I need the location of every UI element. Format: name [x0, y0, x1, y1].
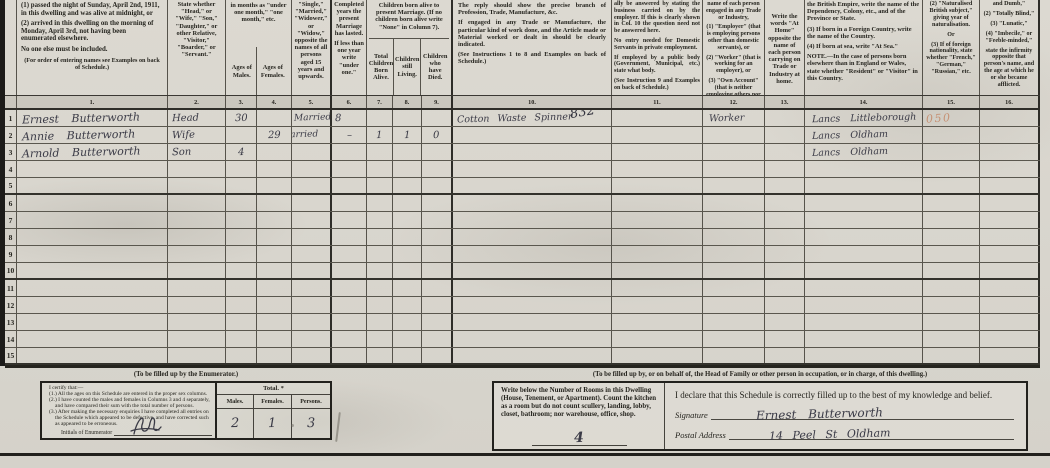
- cell-c3: [226, 178, 257, 193]
- cell-c2: Head: [168, 110, 226, 126]
- cell-c15: [923, 195, 980, 211]
- header-text: "Single," "Married," "Widower," or "Wido…: [294, 1, 328, 80]
- row-number: 1: [5, 110, 17, 126]
- signature-line: Ernest Butterworth: [711, 409, 1014, 420]
- cell-c4: [257, 348, 292, 363]
- cell-c15: [923, 314, 980, 330]
- header-text: (See Instruction 9 and Examples on back …: [614, 78, 700, 92]
- cell-c16: [980, 331, 1040, 347]
- cell-c3: 4: [226, 144, 257, 160]
- table-row: 5: [5, 178, 1040, 195]
- totals-males-header: Males.: [217, 395, 254, 408]
- cell-c16: [980, 195, 1040, 211]
- cell-c1: [17, 178, 168, 193]
- cell-c1: [17, 314, 168, 330]
- declaration-section-heading: (To be filled up by, or on behalf of, th…: [492, 371, 1028, 378]
- cell-c14: Lancs Littleborough: [805, 110, 923, 126]
- cell-c14: [805, 195, 923, 211]
- cell-c16: [980, 161, 1040, 177]
- cell-c8: [393, 178, 422, 193]
- address-handwriting: 14 Peel St Oldham: [769, 426, 891, 442]
- cell-c9: [422, 229, 453, 245]
- cell-c1: [17, 297, 168, 313]
- cell-c6: [332, 314, 367, 330]
- cell-c3: 30: [226, 110, 257, 126]
- stray-pen-mark: [335, 412, 341, 442]
- cell-c13: [765, 297, 805, 313]
- cell-c10: [453, 161, 612, 177]
- cell-c7: 1: [367, 127, 393, 143]
- header-text: (For order of entering names see Example…: [21, 57, 163, 72]
- header-text: NOTE.—In the case of persons born elsewh…: [807, 53, 920, 82]
- row-number: 9: [5, 246, 17, 262]
- cell-c11: [612, 212, 703, 228]
- cell-c1: [17, 348, 168, 363]
- cell-c8: [393, 348, 422, 363]
- cell-c14: [805, 297, 923, 313]
- cell-c9: [422, 212, 453, 228]
- table-header: (1) passed the night of Sunday, April 2n…: [5, 0, 1040, 96]
- cell-c6: [332, 331, 367, 347]
- cell-c9: [422, 348, 453, 363]
- cell-c9: [422, 280, 453, 296]
- header-text: (3) If of foreign nationality, state whe…: [925, 42, 977, 77]
- cell-c16: [980, 348, 1040, 363]
- cell-c7: [367, 229, 393, 245]
- header-col9-children-died: Children who have Died.: [421, 39, 449, 95]
- table-row: 11: [5, 280, 1040, 297]
- cell-c15: [923, 280, 980, 296]
- row-number: 12: [5, 297, 17, 313]
- cell-c7: [367, 195, 393, 211]
- cell-c1: [17, 246, 168, 262]
- cell-c5: [292, 348, 332, 363]
- certify-item-2: (2.) I have counted the males and female…: [47, 397, 212, 409]
- cell-c5: Married: [292, 127, 332, 143]
- cell-c4: [257, 212, 292, 228]
- handwriting-name: Annie Butterworth: [17, 127, 135, 143]
- handwriting-birthplace: Lancs Oldham: [805, 128, 888, 141]
- header-text: Completed years the present Marriage has…: [334, 1, 364, 37]
- cell-c4: [257, 297, 292, 313]
- colnum-11: 11.: [612, 96, 703, 108]
- occupation-code-annotation: 832: [569, 110, 596, 122]
- handwriting-birthplace: Lancs Oldham: [805, 145, 888, 158]
- stray-ink-dot: [291, 424, 294, 427]
- cell-c7: [367, 246, 393, 262]
- header-text: (4) If born at sea, write "At Sea.": [807, 43, 920, 50]
- cell-c9: [422, 110, 453, 126]
- cell-c12: [703, 331, 765, 347]
- totals-table: Total. * Males. Females. Persons. 2 1 3: [215, 383, 330, 438]
- cell-c9: [422, 246, 453, 262]
- cell-c10: [453, 178, 612, 193]
- header-col3-4-ages: in months as "under one month," "one mon…: [226, 0, 292, 95]
- handwriting-am: 30: [234, 112, 247, 123]
- header-col4-ages-females: Ages of Females.: [257, 47, 289, 95]
- cell-c10: [453, 297, 612, 313]
- header-text: (1) passed the night of Sunday, April 2n…: [21, 2, 163, 17]
- cell-c4: [257, 229, 292, 245]
- cell-c10: [453, 348, 612, 363]
- handwriting-name: Arnold Butterworth: [17, 144, 141, 160]
- cell-c6: [332, 161, 367, 177]
- header-col16-infirmity: and Dumb," (2) "Totally Blind," (3) "Lun…: [980, 0, 1040, 95]
- cell-c15: [923, 178, 980, 193]
- handwriting-relation: Son: [168, 146, 191, 158]
- totals-persons-value: 3: [307, 416, 316, 431]
- cell-c1: [17, 280, 168, 296]
- header-text: in months as "under one month," "one mon…: [228, 1, 289, 47]
- header-text: If engaged in any Trade or Manufacture, …: [458, 19, 606, 48]
- table-row: 1Ernest ButterworthHead30Married8Cotton …: [5, 110, 1040, 127]
- handwriting-name: Ernest Butterworth: [17, 110, 140, 126]
- table-row: 6: [5, 195, 1040, 212]
- cell-c15: [923, 212, 980, 228]
- header-col2-relationship: State whether "Head," or "Wife," "Son," …: [168, 0, 226, 95]
- cell-c6: [332, 297, 367, 313]
- totals-females-header: Females.: [254, 395, 292, 408]
- cell-c1: Arnold Butterworth: [17, 144, 168, 160]
- cell-c4: [257, 280, 292, 296]
- cell-c5: [292, 280, 332, 296]
- cell-c6: 8: [332, 110, 367, 126]
- cell-c9: [422, 331, 453, 347]
- colnum-3: 3.: [226, 96, 257, 108]
- cell-c11: [612, 297, 703, 313]
- handwriting-born: 1: [376, 129, 383, 140]
- cell-c8: 1: [393, 127, 422, 143]
- cell-c2: [168, 348, 226, 363]
- table-row: 7: [5, 212, 1040, 229]
- table-row: 13: [5, 314, 1040, 331]
- cell-c4: [257, 195, 292, 211]
- cell-c1: Annie Butterworth: [17, 127, 168, 143]
- cell-c16: [980, 110, 1040, 126]
- cell-c9: [422, 178, 453, 193]
- cell-c1: [17, 229, 168, 245]
- header-col5-marital: "Single," "Married," "Widower," or "Wido…: [292, 0, 332, 95]
- handwriting-living: 1: [404, 129, 411, 140]
- header-col14-birthplace: the British Empire, write the name of th…: [805, 0, 923, 95]
- cell-c7: [367, 314, 393, 330]
- cell-c16: [980, 314, 1040, 330]
- cell-c2: [168, 229, 226, 245]
- cell-c11: [612, 127, 703, 143]
- cell-c12: [703, 297, 765, 313]
- enumerator-box: I certify that:— (1.) All the ages on th…: [40, 381, 332, 440]
- colnum-10: 10.: [453, 96, 612, 108]
- handwriting-marital: Married: [292, 129, 318, 140]
- totals-title: Total. *: [217, 383, 330, 395]
- cell-c7: [367, 161, 393, 177]
- cell-c6: –: [332, 127, 367, 143]
- cell-c5: [292, 195, 332, 211]
- cell-c1: [17, 331, 168, 347]
- cell-c3: [226, 195, 257, 211]
- cell-c15: [923, 144, 980, 160]
- cell-c15: [923, 348, 980, 363]
- table-row: 4: [5, 161, 1040, 178]
- address-line: 14 Peel St Oldham: [729, 429, 1014, 440]
- cell-c10: [453, 229, 612, 245]
- cell-c4: [257, 246, 292, 262]
- bottom-page-fold-line: [0, 453, 1050, 456]
- cell-c11: [612, 229, 703, 245]
- cell-c2: [168, 246, 226, 262]
- cell-c7: [367, 263, 393, 278]
- cell-c12: [703, 314, 765, 330]
- cell-c13: [765, 280, 805, 296]
- cell-c13: [765, 263, 805, 278]
- cell-c3: [226, 280, 257, 296]
- colnum-13: 13.: [765, 96, 805, 108]
- cell-c15: [923, 127, 980, 143]
- header-text: No one else must be included.: [21, 46, 163, 54]
- cell-c2: [168, 280, 226, 296]
- column-number-row: 1. 2. 3. 4. 5. 6. 7. 8. 9. 10. 11. 12. 1…: [5, 96, 1040, 110]
- table-row: 2Annie ButterworthWife29Married–110Lancs…: [5, 127, 1040, 144]
- header-text: If employed by a public body (Government…: [614, 55, 700, 75]
- cell-c13: [765, 314, 805, 330]
- header-text: ally be answered by stating the business…: [614, 1, 700, 35]
- cell-c2: Son: [168, 144, 226, 160]
- header-text: name of each person engaged in any Trade…: [705, 1, 762, 21]
- header-col3-ages-males: Ages of Males.: [228, 47, 257, 95]
- cell-c2: [168, 212, 226, 228]
- cell-c4: 29: [257, 127, 292, 143]
- cell-c14: [805, 212, 923, 228]
- address-row: Postal Address 14 Peel St Oldham: [675, 429, 1014, 440]
- cell-c16: [980, 297, 1040, 313]
- colnum-7: 7.: [367, 96, 393, 108]
- colnum-12: 12.: [703, 96, 765, 108]
- cell-c5: Married: [292, 110, 332, 126]
- header-text: (3) "Lunatic,": [982, 21, 1036, 28]
- cell-c9: [422, 297, 453, 313]
- cell-c3: [226, 331, 257, 347]
- cell-c5: [292, 263, 332, 278]
- cell-c3: [226, 127, 257, 143]
- totals-females-value: 1: [268, 416, 277, 431]
- cell-c16: [980, 127, 1040, 143]
- cell-c11: [612, 110, 703, 126]
- address-label: Postal Address: [675, 430, 726, 440]
- cell-c14: [805, 280, 923, 296]
- cell-c16: [980, 178, 1040, 193]
- header-col13-at-home: Write the words "At Home" opposite the n…: [765, 0, 805, 95]
- enumerator-section-heading: (To be filled up by the Enumerator.): [40, 371, 332, 378]
- cell-c1: [17, 263, 168, 278]
- handwriting-occupation: Cotton Waste Spinner: [453, 111, 573, 125]
- cell-c3: [226, 348, 257, 363]
- header-text: Write the words "At Home" opposite the n…: [767, 13, 802, 85]
- cell-c13: [765, 110, 805, 126]
- cell-c10: [453, 195, 612, 211]
- row-number: 5: [5, 178, 17, 193]
- cell-c10: [453, 280, 612, 296]
- stamp-050: 050: [923, 111, 952, 126]
- totals-males-value: 2: [231, 416, 240, 431]
- row-number: 15: [5, 348, 17, 363]
- cell-c12: [703, 195, 765, 211]
- cell-c12: [703, 246, 765, 262]
- header-col12-employment-status: name of each person engaged in any Trade…: [703, 0, 765, 95]
- cell-c14: [805, 314, 923, 330]
- cell-c12: [703, 161, 765, 177]
- cell-c13: [765, 178, 805, 193]
- cell-c12: [703, 263, 765, 278]
- header-col7-9-children: Children born alive to present Marriage.…: [367, 0, 453, 95]
- cell-c11: [612, 195, 703, 211]
- handwriting-relation: Wife: [168, 129, 195, 141]
- rooms-instructions: Write below the Number of Rooms in this …: [501, 387, 657, 419]
- row-number: 7: [5, 212, 17, 228]
- cell-c11: [612, 144, 703, 160]
- cell-c14: [805, 161, 923, 177]
- cell-c4: [257, 110, 292, 126]
- cell-c9: [422, 263, 453, 278]
- cell-c1: [17, 212, 168, 228]
- cell-c12: [703, 144, 765, 160]
- header-text: and Dumb,": [982, 1, 1036, 8]
- census-table: (1) passed the night of Sunday, April 2n…: [5, 0, 1040, 368]
- colnum-15: 15.: [923, 96, 980, 108]
- cell-c7: [367, 110, 393, 126]
- cell-c3: [226, 263, 257, 278]
- cell-c5: [292, 212, 332, 228]
- cell-c11: [612, 246, 703, 262]
- header-col8-children-living: Children still Living.: [394, 39, 421, 95]
- signature-row: Signature Ernest Butterworth: [675, 409, 1014, 420]
- cell-c7: [367, 331, 393, 347]
- handwriting-birthplace: Lancs Littleborough: [805, 111, 916, 125]
- cell-c5: [292, 178, 332, 193]
- signature-label: Signature: [675, 410, 708, 420]
- header-col10-occupation: The reply should show the precise branch…: [453, 0, 612, 95]
- totals-persons-header: Persons.: [292, 395, 330, 408]
- cell-c3: [226, 161, 257, 177]
- cell-c8: [393, 229, 422, 245]
- cell-c3: [226, 246, 257, 262]
- cell-c10: [453, 331, 612, 347]
- cell-c13: [765, 331, 805, 347]
- cell-c16: [980, 229, 1040, 245]
- cell-c6: [332, 246, 367, 262]
- cell-c11: [612, 161, 703, 177]
- cell-c8: [393, 195, 422, 211]
- cell-c8: [393, 246, 422, 262]
- cell-c6: [332, 178, 367, 193]
- cell-c2: [168, 263, 226, 278]
- cell-c7: [367, 280, 393, 296]
- cell-c13: [765, 212, 805, 228]
- cell-c16: [980, 246, 1040, 262]
- handwriting-years: 8: [335, 112, 342, 123]
- handwriting-employment: Worker: [703, 112, 744, 124]
- cell-c8: [393, 297, 422, 313]
- cell-c13: [765, 246, 805, 262]
- cell-c1: [17, 195, 168, 211]
- colnum-14: 14.: [805, 96, 923, 108]
- declaration-box: Write below the Number of Rooms in this …: [492, 381, 1028, 451]
- cell-c5: [292, 161, 332, 177]
- cell-c10: [453, 127, 612, 143]
- table-row: 14: [5, 331, 1040, 348]
- cell-c13: [765, 348, 805, 363]
- handwriting-af: 29: [267, 129, 280, 140]
- header-col7-children-born: Total Children Born Alive.: [369, 39, 394, 95]
- cell-c12: [703, 178, 765, 193]
- cell-c7: [367, 212, 393, 228]
- cell-c8: [393, 331, 422, 347]
- cell-c9: [422, 144, 453, 160]
- cell-c15: [923, 297, 980, 313]
- cell-c2: [168, 161, 226, 177]
- colnum-16: 16.: [980, 96, 1040, 108]
- header-text: State whether "Head," or "Wife," "Son," …: [170, 1, 223, 59]
- cell-c16: [980, 263, 1040, 278]
- cell-c15: [923, 246, 980, 262]
- cell-c8: [393, 110, 422, 126]
- row-number: 13: [5, 314, 17, 330]
- table-row: 10: [5, 263, 1040, 280]
- cell-c12: [703, 280, 765, 296]
- rooms-entry-line: 4: [532, 434, 627, 446]
- cell-c10: [453, 144, 612, 160]
- cell-c6: [332, 229, 367, 245]
- cell-c11: [612, 280, 703, 296]
- header-text: No entry needed for Domestic Servants in…: [614, 38, 700, 52]
- cell-c4: [257, 161, 292, 177]
- table-row: 12: [5, 297, 1040, 314]
- header-text: (2) "Totally Blind,": [982, 11, 1036, 18]
- cell-c9: 0: [422, 127, 453, 143]
- cell-c3: [226, 212, 257, 228]
- row-number: 14: [5, 331, 17, 347]
- row-number: 2: [5, 127, 17, 143]
- cell-c14: [805, 178, 923, 193]
- cell-c6: [332, 280, 367, 296]
- cell-c8: [393, 212, 422, 228]
- schedule-rows: 1Ernest ButterworthHead30Married8Cotton …: [5, 110, 1040, 368]
- header-text: The reply should show the precise branch…: [458, 2, 606, 16]
- cell-c4: [257, 331, 292, 347]
- enumerator-initials-row: Initials of Enumerator: [47, 429, 212, 436]
- cell-c2: [168, 314, 226, 330]
- handwriting-am: 4: [238, 146, 245, 157]
- rooms-panel: Write below the Number of Rooms in this …: [494, 383, 665, 449]
- header-rownum-col: [5, 0, 17, 95]
- cell-c5: [292, 246, 332, 262]
- colnum-6: 6.: [332, 96, 367, 108]
- cell-c12: [703, 212, 765, 228]
- cell-c13: [765, 144, 805, 160]
- cell-c10: Cotton Waste Spinner832: [453, 110, 612, 126]
- colnum-5: 5.: [292, 96, 332, 108]
- cell-c2: [168, 297, 226, 313]
- row-number: 11: [5, 280, 17, 296]
- colnum-2: 2.: [168, 96, 226, 108]
- cell-c3: [226, 229, 257, 245]
- cell-c9: [422, 161, 453, 177]
- cell-c2: [168, 178, 226, 193]
- cell-c16: [980, 144, 1040, 160]
- signature-handwriting: Ernest Butterworth: [756, 405, 883, 422]
- cell-c4: [257, 144, 292, 160]
- header-text: (2) arrived in this dwelling on the morn…: [21, 20, 163, 43]
- cell-c4: [257, 178, 292, 193]
